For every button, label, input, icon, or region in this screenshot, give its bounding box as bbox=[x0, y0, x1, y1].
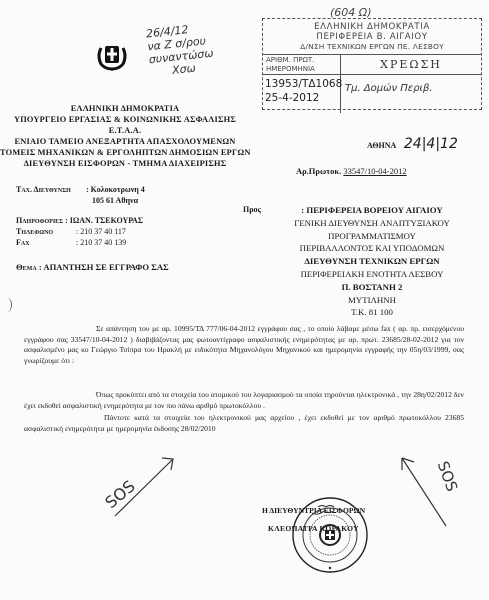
info-value: : ΙΩΑΝ. ΤΣΕΚΟΥΡΑΣ bbox=[65, 215, 143, 226]
postal-label: Ταχ. Διευθυνση bbox=[16, 184, 86, 195]
stamp-label-line: ΗΜΕΡΟΜΗΝΙΑ bbox=[266, 65, 337, 74]
stamp-header: ΕΛΛΗΝΙΚΗ ΔΗΜΟΚΡΑΤΙΑ ΠΕΡΙΦΕΡΕΙΑ Β. ΑΙΓΑΙΟ… bbox=[263, 19, 481, 55]
stamp-header-line: ΕΛΛΗΝΙΚΗ ΔΗΜΟΚΡΑΤΙΑ bbox=[263, 22, 481, 32]
subject-value: : ΑΠΑΝΤΗΣΗ ΣΕ ΕΓΓΡΑΦΟ ΣΑΣ bbox=[39, 262, 169, 272]
sos-right-text: SOS bbox=[434, 459, 458, 494]
official-seal-icon bbox=[290, 495, 370, 575]
stamp-protocol-values: 13953/ΤΔ1068 25-4-2012 bbox=[263, 75, 341, 113]
sender-line: ΥΠΟΥΡΓΕΙΟ ΕΡΓΑΣΙΑΣ & ΚΟΙΝΩΝΙΚΗΣ ΑΣΦΑΛΙΣΗ… bbox=[0, 114, 250, 125]
outgoing-protocol: Αρ.Πρωτοκ. 33547/10-04-2012 bbox=[296, 166, 407, 176]
place-date: ΑΘΗΝΑ 24|4|12 bbox=[367, 136, 458, 152]
stamp-protocol-number: 13953/ΤΔ1068 bbox=[265, 77, 338, 91]
phone-row: Τηλεφωνο : 210 37 40 117 bbox=[16, 226, 145, 237]
recipient-line: ΠΕΡΙΦΕΡΕΙΑΚΗ ΕΝΟΤΗΤΑ ΛΕΣΒΟΥ bbox=[262, 268, 482, 281]
postal-address-row: Ταχ. Διευθυνση : Κολοκοτρωνη 4 bbox=[16, 184, 145, 195]
place: ΑΘΗΝΑ bbox=[367, 141, 396, 150]
handwritten-note-top: 26/4/12 να Ζ σ/ρου συναντώσω Χσω bbox=[145, 21, 215, 79]
sos-left-text: SOS bbox=[101, 476, 138, 512]
sender-organization: ΕΛΛΗΝΙΚΗ ΔΗΜΟΚΡΑΤΙΑ ΥΠΟΥΡΓΕΙΟ ΕΡΓΑΣΙΑΣ &… bbox=[0, 103, 250, 169]
recipient-line: ΠΡΟΓΡΑΜΜΑΤΙΣΜΟΥ bbox=[262, 230, 482, 243]
stamp-right-label: ΧΡΕΩΣΗ bbox=[341, 55, 481, 74]
body-paragraph-2: Όπως προκύπτει από τα στοιχεία του ατομι… bbox=[24, 390, 464, 434]
stamp-header-line: Δ/ΝΣΗ ΤΕΧΝΙΚΩΝ ΕΡΓΩΝ ΠΕ. ΛΕΣΒΟΥ bbox=[263, 42, 481, 52]
info-label: Πληροφοριες bbox=[16, 215, 63, 226]
recipient-line: ΠΕΡΙΒΑΛΛΟΝΤΟΣ ΚΑΙ ΥΠΟΔΟΜΩΝ bbox=[262, 242, 482, 255]
subject-line: Θεμα : ΑΠΑΝΤΗΣΗ ΣΕ ΕΓΓΡΑΦΟ ΣΑΣ bbox=[16, 262, 169, 272]
stamp-header-line: ΠΕΡΙΦΕΡΕΙΑ Β. ΑΙΓΑΙΟΥ bbox=[263, 32, 481, 42]
subject-label: Θεμα bbox=[16, 262, 37, 272]
sos-arrow-left-icon: SOS bbox=[100, 450, 180, 522]
protocol-value: 33547/10-04-2012 bbox=[343, 166, 406, 176]
recipient-block: : ΠΕΡΙΦΕΡΕΙΑ ΒΟΡΕΙΟΥ ΑΙΓΑΙΟΥ ΓΕΝΙΚΗ ΔΙΕΥ… bbox=[262, 204, 482, 319]
stamp-left-label: ΑΡΙΘΜ. ΠΡΩΤ. ΗΜΕΡΟΜΗΝΙΑ bbox=[263, 55, 341, 74]
fax-value: : 210 37 40 139 bbox=[76, 237, 126, 248]
sender-line: ΕΛΛΗΝΙΚΗ ΔΗΜΟΚΡΑΤΙΑ bbox=[0, 103, 250, 114]
recipient-line: ΓΕΝΙΚΗ ΔΙΕΥΘΥΝΣΗ ΑΝΑΠΤΥΞΙΑΚΟΥ bbox=[262, 217, 482, 230]
phone-value: : 210 37 40 117 bbox=[76, 226, 126, 237]
stamp-assigned-to: Τμ. Δομών Περιβ. bbox=[341, 75, 481, 113]
recipient-label: Προς bbox=[243, 205, 261, 214]
scan-mark bbox=[3, 298, 12, 312]
phone-label: Τηλεφωνο bbox=[16, 226, 76, 237]
postal-line2: 105 61 Αθηνα bbox=[92, 195, 138, 206]
recipient-line: ΔΙΕΥΘΥΝΣΗ ΤΕΧΝΙΚΩΝ ΕΡΓΩΝ bbox=[262, 255, 482, 268]
postal-line1: : Κολοκοτρωνη 4 bbox=[86, 184, 145, 195]
recipient-line: ΜΥΤΙΛΗΝΗ bbox=[262, 294, 482, 307]
protocol-label: Αρ.Πρωτοκ. bbox=[296, 166, 341, 176]
incoming-protocol-stamp: ΕΛΛΗΝΙΚΗ ΔΗΜΟΚΡΑΤΙΑ ΠΕΡΙΦΕΡΕΙΑ Β. ΑΙΓΑΙΟ… bbox=[262, 18, 482, 110]
body-p2-text: Όπως προκύπτει από τα στοιχεία του ατομι… bbox=[24, 390, 464, 410]
body-paragraph-1: Σε απάντηση του με αρ. 10995/ΤΔ 777/06-0… bbox=[24, 324, 464, 366]
body-p3-text: Πάντοτε κατά τα στοιχεία του ηλεκτρονικο… bbox=[24, 413, 464, 433]
recipient-line: Τ.Κ. 81 100 bbox=[262, 306, 482, 319]
fax-row: Fax : 210 37 40 139 bbox=[16, 237, 145, 248]
postal-address-row2: 105 61 Αθηνα bbox=[16, 195, 145, 206]
stamp-values-row: 13953/ΤΔ1068 25-4-2012 Τμ. Δομών Περιβ. bbox=[263, 75, 481, 113]
sender-line: ΕΝΙΑΙΟ ΤΑΜΕΙΟ ΑΝΕΞΑΡΤΗΤΑ ΑΠΑΣΧΟΛΟΥΜΕΝΩΝ bbox=[0, 136, 250, 147]
handwritten-date: 24|4|12 bbox=[404, 136, 458, 152]
recipient-line: : ΠΕΡΙΦΕΡΕΙΑ ΒΟΡΕΙΟΥ ΑΙΓΑΙΟΥ bbox=[262, 204, 482, 217]
info-row: Πληροφοριες : ΙΩΑΝ. ΤΣΕΚΟΥΡΑΣ bbox=[16, 215, 145, 226]
sos-arrow-right-icon: SOS bbox=[398, 454, 458, 534]
sender-line: ΤΟΜΕΙΣ ΜΗΧΑΝΙΚΩΝ & ΕΡΓΟΛΗΠΤΩΝ ΔΗΜΟΣΙΩΝ Ε… bbox=[0, 147, 250, 158]
sender-address-block: Ταχ. Διευθυνση : Κολοκοτρωνη 4 105 61 Αθ… bbox=[16, 184, 145, 248]
body-p1-text: Σε απάντηση του με αρ. 10995/ΤΔ 777/06-0… bbox=[24, 324, 464, 365]
stamp-protocol-date: 25-4-2012 bbox=[265, 91, 338, 105]
stamp-label-row: ΑΡΙΘΜ. ΠΡΩΤ. ΗΜΕΡΟΜΗΝΙΑ ΧΡΕΩΣΗ bbox=[263, 55, 481, 75]
greek-emblem-icon bbox=[95, 38, 129, 72]
recipient-line: Π. ΒΟΣΤΑΝΗ 2 bbox=[262, 281, 482, 294]
sender-line: Ε.Τ.Α.Α. bbox=[0, 125, 250, 136]
fax-label: Fax bbox=[16, 237, 76, 248]
stamp-label-line: ΑΡΙΘΜ. ΠΡΩΤ. bbox=[266, 56, 337, 65]
sender-line: ΔΙΕΥΘΥΝΣΗ ΕΙΣΦΟΡΩΝ - ΤΜΗΜΑ ΔΙΑΧΕΙΡΙΣΗΣ bbox=[0, 158, 250, 169]
